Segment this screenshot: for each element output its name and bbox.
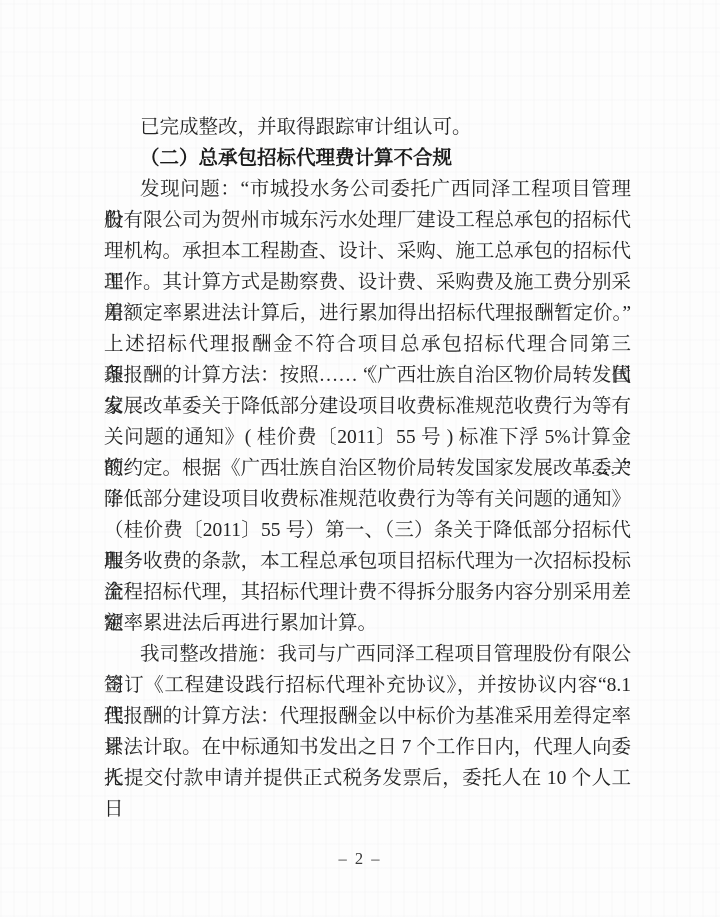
text-line: 人提交付款申请并提供正式税务发票后，委托人在 10 个人工日 [104,763,631,794]
text-line: 流程招标代理，其招标代理计费不得拆分服务内容分别采用差额 [104,577,631,608]
text-line: 理报酬的计算方法：按照……《广西壮族自治区物价局转发国家 [104,360,631,391]
text-line: 的约定。根据《广西壮族自治区物价局转发国家发展改革委关于 [104,453,631,484]
text-line: 理报酬的计算方法：代理报酬金以中标价为基准采用差得定率累 [104,701,631,732]
text-line: 发展改革委关于降低部分建设项目收费标准规范收费行为等有 [104,391,631,422]
text-line: 关问题的通知》( 桂价费〔2011〕55 号 ) 标准下浮 5%计算金额……” [104,422,631,453]
text-line: 计法计取。在中标通知书发出之日 7 个工作日内，代理人向委托 [104,732,631,763]
document-body: 已完成整改，并取得跟踪审计组认可。 （二）总承包招标代理费计算不合规 发现问题：… [104,112,631,794]
paragraph-end-line: 定率累进法后再进行累加计算。 [104,608,631,639]
text-line: （桂价费〔2011〕55 号）第一、（三）条关于降低部分招标代理 [104,515,631,546]
text-line: 差额定率累进法计算后，进行累加得出招标代理报酬暂定价。” [104,298,631,329]
text-line: 上述招标代理报酬金不符合项目总承包招标代理合同第三条“代 [104,329,631,360]
text-line: 我司整改措施：我司与广西同泽工程项目管理股份有限公司 [104,639,631,670]
text-line: 降低部分建设项目收费标准规范收费行为等有关问题的通知》 [104,484,631,515]
text-line: 份有限公司为贺州市城东污水处理厂建设工程总承包的招标代 [104,205,631,236]
text-line: 工作。其计算方式是勘察费、设计费、采购费及施工费分别采用 [104,267,631,298]
page-number: – 2 – [0,849,720,869]
text-line: 签订《工程建设践行招标代理补充协议》，并按协议内容“8.1 代 [104,670,631,701]
section-heading: （二）总承包招标代理费计算不合规 [104,143,631,174]
text-line: 理机构。承担本工程勘查、设计、采购、施工总承包的招标代理 [104,236,631,267]
paragraph-end-line: 已完成整改，并取得跟踪审计组认可。 [104,112,631,143]
text-line: 发现问题：“市城投水务公司委托广西同泽工程项目管理股 [104,174,631,205]
scanned-document-page: 已完成整改，并取得跟踪审计组认可。 （二）总承包招标代理费计算不合规 发现问题：… [0,0,720,917]
text-line: 服务收费的条款，本工程总承包项目招标代理为一次招标投标全 [104,546,631,577]
